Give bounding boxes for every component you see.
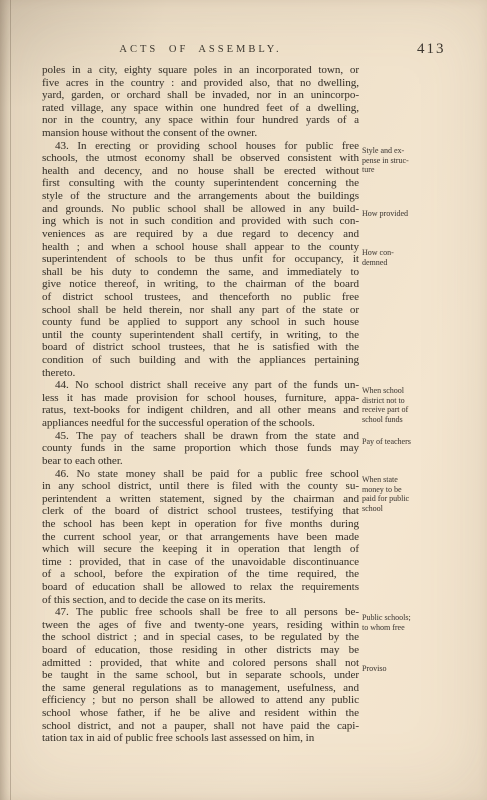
body-line: five acres in the country : and provided… [42,77,359,90]
body-line: tween the ages of five and twenty-one ye… [42,619,359,632]
body-line: condition of such building and with the … [42,354,359,367]
body-line: perintendent a written statement, signed… [42,493,359,506]
margin-note: Pay of teachers [362,437,462,447]
margin-note-line: school [362,504,462,514]
body-line: board of education, those residing in ot… [42,644,359,657]
body-line: of a school, before the expiration of th… [42,568,359,581]
body-line: shall be his duty to condemn the same, a… [42,266,359,279]
body-line: of this section, and to decide the case … [42,594,359,607]
margin-note: Style and ex-pense in struc-ture [362,146,462,175]
body-line: yard, garden, or orchard shall be invade… [42,89,359,102]
body-line: school whose father, if he be alive and … [42,707,359,720]
body-line: in any school district, until there is f… [42,480,359,493]
body-line: style of the structure and the arrangeme… [42,190,359,203]
body-line: the same general regulations as to manag… [42,682,359,695]
page-number: 413 [417,41,446,58]
body-line: rated village, any space within one hund… [42,102,359,115]
margin-note-line: district not to [362,396,462,406]
body-line: 46. No state money shall be paid for a p… [42,468,359,481]
margin-note-line: demned [362,258,462,268]
body-line: tation tax in aid of public free schools… [42,732,359,745]
body-line: which will secure the keeping it in oper… [42,543,359,556]
body-line: first consulting with the county superin… [42,177,359,190]
body-line: 43. In erecting or providing school hous… [42,140,359,153]
body-line: 47. The public free schools shall be fre… [42,606,359,619]
margin-note-line: school funds [362,415,462,425]
body-line: the current school year, or that arrange… [42,531,359,544]
body-line: and grounds. No public school shall be a… [42,203,359,216]
page-left-edge-shadow [0,0,11,800]
running-title: ACTS OF ASSEMBLY. [42,44,359,55]
margin-note-line: pense in struc- [362,156,462,166]
body-line: superintendent of schools to be thus unf… [42,253,359,266]
body-line: school district, and not a pauper, shall… [42,720,359,733]
body-line: appliances needful for the successful op… [42,417,359,430]
body-line: nor in the country, any space within fou… [42,114,359,127]
margin-note-line: When state [362,475,462,485]
body-line: county fund be applied to support any sc… [42,316,359,329]
margin-note: How provided [362,209,462,219]
body-line: give notice thereof, in writing, to the … [42,278,359,291]
body-line: schools, the utmost economy shall be obs… [42,152,359,165]
margin-note: When statemoney to bepaid for publicscho… [362,475,462,513]
body-line: mansion house without the consent of the… [42,127,359,140]
margin-note: Proviso [362,664,462,674]
body-line: veniences as are required by a due regar… [42,228,359,241]
margin-note-line: to whom free [362,623,462,633]
body-line: ing which is not in such condition and p… [42,215,359,228]
body-line: be taught in the same school, but in sep… [42,669,359,682]
margin-note-line: Style and ex- [362,146,462,156]
page-header: ACTS OF ASSEMBLY. 413 [0,44,487,64]
margin-note-line: Proviso [362,664,462,674]
body-line: clerk of the board of district school tr… [42,505,359,518]
margin-note-line: How con- [362,248,462,258]
body-line: poles in a city, eighty square poles in … [42,64,359,77]
margin-note-line: How provided [362,209,462,219]
body-line: health and decency, and no house shall b… [42,165,359,178]
margin-note-line: When school [362,386,462,396]
body-line: efficiency ; but no person shall be allo… [42,694,359,707]
body-line: 45. The pay of teachers shall be drawn f… [42,430,359,443]
body-line: thereto. [42,367,359,380]
scanned-book-page: ACTS OF ASSEMBLY. 413 poles in a city, e… [0,0,487,800]
body-line: board of district school trustees, that … [42,341,359,354]
margin-note-line: Public schools; [362,613,462,623]
body-line: until the county superintendent shall ce… [42,329,359,342]
margin-note-line: receive part of [362,405,462,415]
body-text: poles in a city, eighty square poles in … [42,64,359,745]
margin-note-line: money to be [362,485,462,495]
margin-note-line: Pay of teachers [362,437,462,447]
body-line: admitted : provided, that white and colo… [42,657,359,670]
margin-note: When schooldistrict not toreceive part o… [362,386,462,424]
body-line: less it has made provision for school ho… [42,392,359,405]
margin-note: How con-demned [362,248,462,267]
body-line: board of education shall be allowed to r… [42,581,359,594]
body-line: health ; and when a school house shall a… [42,241,359,254]
body-line: the school district ; and in special cas… [42,631,359,644]
body-line: bear to each other. [42,455,359,468]
body-line: 44. No school district shall receive any… [42,379,359,392]
body-line: of district school trustees, and thencef… [42,291,359,304]
margin-note-line: paid for public [362,494,462,504]
body-line: the school has been kept in operation fo… [42,518,359,531]
body-line: time : provided, that in case of the una… [42,556,359,569]
body-line: county funds in the same proportion whic… [42,442,359,455]
body-line: ratus, text-books for indigent children,… [42,404,359,417]
margin-note-line: ture [362,165,462,175]
body-line: school shall be held therein, nor shall … [42,304,359,317]
margin-note: Public schools;to whom free [362,613,462,632]
